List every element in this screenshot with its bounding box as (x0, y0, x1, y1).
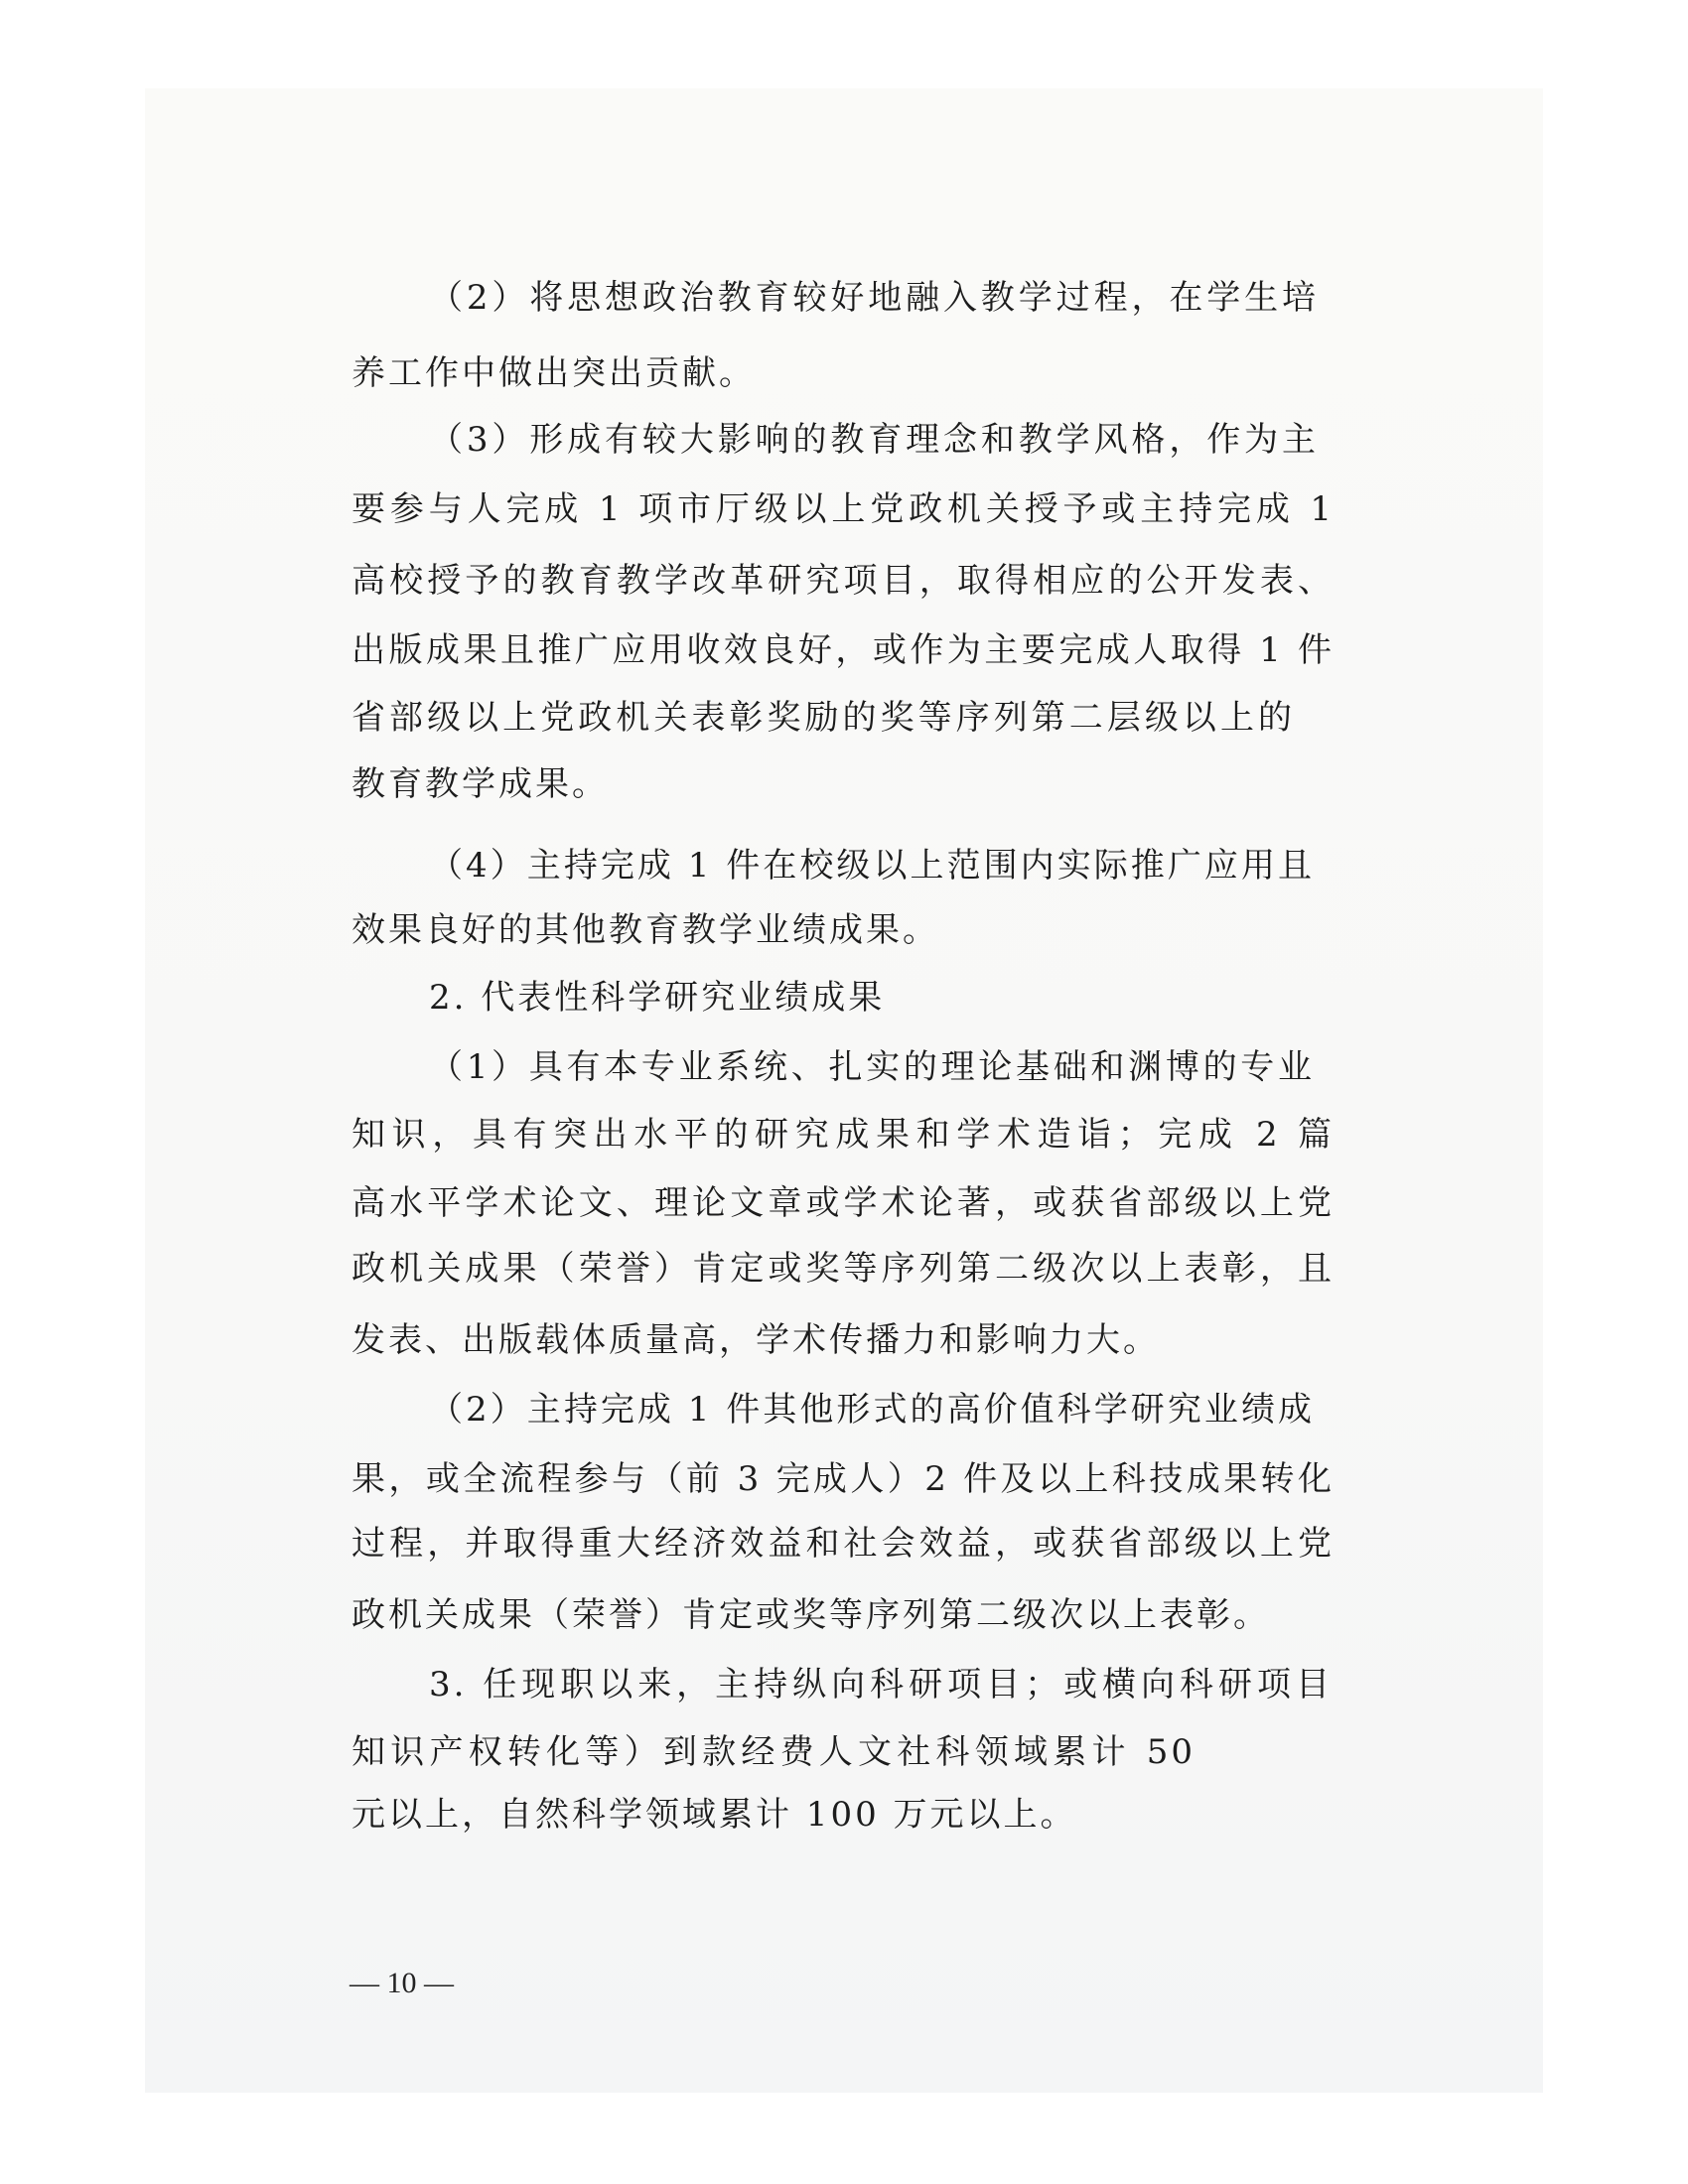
paragraph-line: 知识，具有突出水平的研究成果和学术造诣；完成 2 篇（部） (352, 1113, 1335, 1157)
paragraph-line: 发表、出版载体质量高，学术传播力和影响力大。 (352, 1318, 1160, 1362)
paragraph-line: 效果良好的其他教育教学业绩成果。 (352, 908, 939, 952)
paragraph-line: 高校授予的教育教学改革研究项目，取得相应的公开发表、 (352, 559, 1335, 603)
page-number: — 10 — (350, 1964, 454, 2003)
paragraph-line: （2）将思想政治教育较好地融入教学过程，在学生培 (429, 276, 1319, 320)
paragraph-line: 教育教学成果。 (352, 762, 609, 806)
section-heading: 2. 代表性科学研究业绩成果 (429, 976, 885, 1020)
paragraph-line: 政机关成果（荣誉）肯定或奖等序列第二级次以上表彰，且 (352, 1247, 1335, 1291)
paragraph-line: 过程，并取得重大经济效益和社会效益，或获省部级以上党 (352, 1522, 1335, 1566)
paragraph-line: 要参与人完成 1 项市厅级以上党政机关授予或主持完成 1 项 (352, 487, 1335, 531)
paragraph-line: （4）主持完成 1 件在校级以上范围内实际推广应用且 (429, 844, 1315, 887)
paragraph-line: 果，或全流程参与（前 3 完成人）2 件及以上科技成果转化 (352, 1457, 1335, 1501)
paragraph-line: （1）具有本专业系统、扎实的理论基础和渊博的专业 (429, 1045, 1315, 1089)
paragraph-line: 3. 任现职以来，主持纵向科研项目；或横向科研项目（含 (429, 1663, 1333, 1706)
paragraph-line: 元以上，自然科学领域累计 100 万元以上。 (352, 1793, 1077, 1837)
paragraph-line: （2）主持完成 1 件其他形式的高价值科学研究业绩成 (429, 1388, 1315, 1432)
paragraph-line: 高水平学术论文、理论文章或学术论著，或获省部级以上党 (352, 1181, 1335, 1225)
paragraph-line: 养工作中做出突出贡献。 (352, 351, 756, 395)
paragraph-line: 省部级以上党政机关表彰奖励的奖等序列第二层级以上的 (352, 696, 1295, 740)
paragraph-line: 知识产权转化等）到款经费人文社科领域累计 50 万 (352, 1730, 1196, 1774)
paragraph-line: 政机关成果（荣誉）肯定或奖等序列第二级次以上表彰。 (352, 1593, 1270, 1637)
paragraph-line: （3）形成有较大影响的教育理念和教学风格，作为主 (429, 418, 1319, 462)
paragraph-line: 出版成果且推广应用收效良好，或作为主要完成人取得 1 件 (352, 628, 1335, 672)
